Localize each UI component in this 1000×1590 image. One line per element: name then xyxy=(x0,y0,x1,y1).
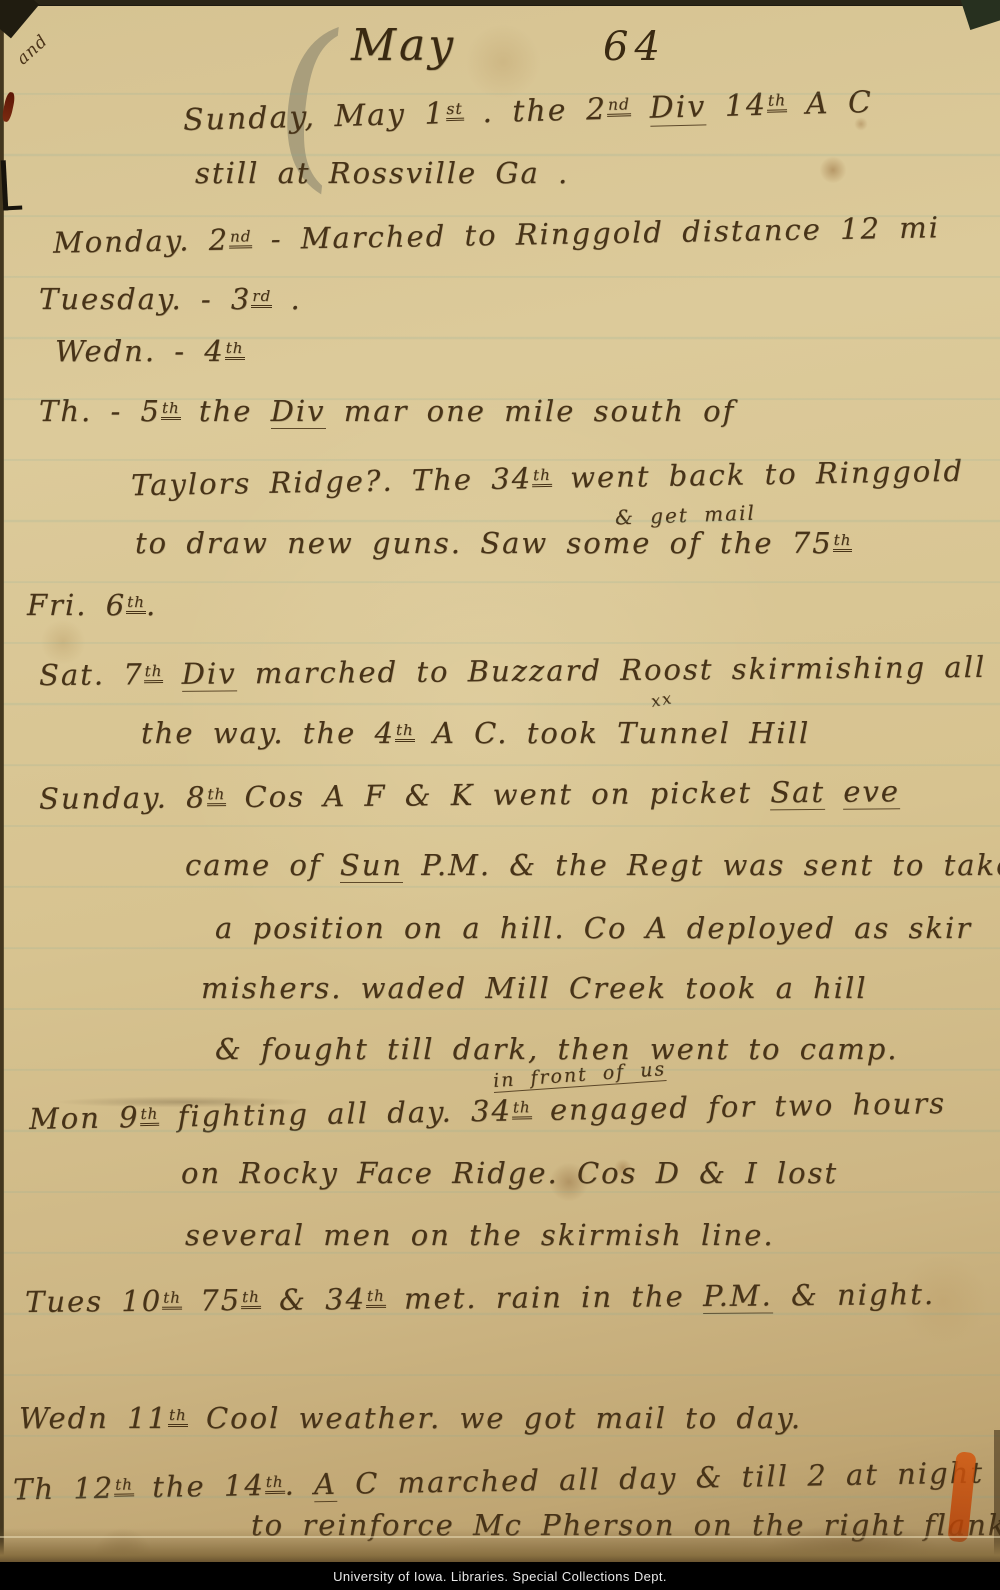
ordinal-suffix: th xyxy=(241,1288,261,1309)
underlined-word: eve xyxy=(843,774,900,809)
entry-may9: Mon 9th fighting all day. 34th engaged f… xyxy=(29,1086,947,1137)
handwriting-segment: came of xyxy=(185,848,340,882)
diary-page-scan: ( and May 64 Sunday, May 1st . the 2nd D… xyxy=(0,0,1000,1590)
handwriting-segment: . the 2 xyxy=(463,92,607,131)
entry-may8: Sunday. 8th Cos A F & K went on picket S… xyxy=(39,774,900,816)
handwriting-segment: & 34 xyxy=(261,1282,366,1317)
ordinal-suffix: th xyxy=(139,1104,159,1125)
handwriting-segment: . xyxy=(284,1467,314,1502)
entry-may11: Wedn 11th Cool weather. we got mail to d… xyxy=(19,1401,802,1436)
ordinal-suffix: th xyxy=(833,531,853,552)
handwriting-segment: Th 12 xyxy=(13,1471,115,1507)
underlined-word: Sat xyxy=(770,775,825,810)
handwriting-segment: xx xyxy=(650,688,675,711)
ordinal-suffix: th xyxy=(265,1472,285,1493)
handwriting-segment: A C. took Tunnel Hill xyxy=(415,716,810,750)
handwriting-segment: marched to Buzzard Roost skirmishing all xyxy=(236,650,986,691)
handwriting-segment: Sat. 7 xyxy=(39,657,144,692)
handwriting-segment: Taylors Ridge?. The 34 xyxy=(131,461,533,502)
handwriting-segment: Cos A F & K went on picket xyxy=(226,775,770,814)
handwriting-segment: fighting all day. 34 xyxy=(159,1094,512,1134)
underlined-word: A xyxy=(314,1467,338,1502)
handwriting-segment: Mon 9 xyxy=(29,1100,140,1136)
handwriting-segment: 14 xyxy=(706,88,768,125)
underlined-word: P.M. xyxy=(703,1278,773,1314)
ordinal-suffix: th xyxy=(206,785,226,806)
handwriting-segment: met. rain in the xyxy=(386,1279,703,1316)
handwriting-segment: C marched all day & till 2 at night xyxy=(337,1456,985,1501)
entry-may6: Fri. 6th. xyxy=(27,588,157,623)
handwriting-segment: & fought till dark, then went to camp. xyxy=(215,1032,899,1066)
ordinal-suffix: nd xyxy=(229,227,253,248)
handwriting-segment: on Rocky Face Ridge. Cos D & I lost xyxy=(181,1156,838,1190)
handwriting-segment: Sunday, May 1 xyxy=(183,96,446,138)
handwriting-segment: Th. - 5 xyxy=(39,394,161,428)
ordinal-suffix: st xyxy=(445,100,464,121)
entry-may5: Th. - 5th the Div mar one mile south of xyxy=(39,394,735,429)
ordinal-suffix: th xyxy=(767,92,788,114)
entry-may4: Wedn. - 4th xyxy=(55,334,245,369)
ordinal-suffix: nd xyxy=(607,96,632,118)
ordinal-suffix: th xyxy=(144,662,164,683)
ordinal-suffix: th xyxy=(126,593,146,614)
handwriting-segment: mar one mile south of xyxy=(326,394,736,428)
handwriting-segment: . xyxy=(146,588,157,622)
entry-may3: Tuesday. - 3rd . xyxy=(39,282,302,317)
entry-may8-cont4: & fought till dark, then went to camp. xyxy=(215,1032,899,1067)
entry-may8-cont: came of Sun P.M. & the Regt was sent to … xyxy=(185,848,1000,883)
entry-may1-cont: still at Rossville Ga . xyxy=(195,156,569,191)
ordinal-suffix: th xyxy=(114,1475,134,1496)
archive-caption-bar: University of Iowa. Libraries. Special C… xyxy=(0,1562,1000,1590)
handwriting-segment: Sunday. 8 xyxy=(39,780,207,815)
ordinal-suffix: th xyxy=(225,339,245,360)
handwriting-segment: Cool weather. we got mail to day. xyxy=(188,1401,802,1435)
entry-may8-cont2: a position on a hill. Co A deployed as s… xyxy=(215,911,972,946)
handwriting-segment: Fri. 6 xyxy=(27,588,126,622)
handwriting-segment xyxy=(631,91,650,126)
handwriting-segment: the way. the 4 xyxy=(141,716,395,750)
underlined-word: Sun xyxy=(340,848,403,883)
ordinal-suffix: th xyxy=(532,466,552,487)
ordinal-suffix: th xyxy=(512,1098,532,1119)
archive-caption: University of Iowa. Libraries. Special C… xyxy=(333,1569,667,1584)
entry-may9-cont: on Rocky Face Ridge. Cos D & I lost xyxy=(181,1156,838,1191)
handwriting-segment: the xyxy=(181,394,271,428)
handwriting-segment: mishers. waded Mill Creek took a hill xyxy=(201,971,868,1005)
handwriting-segment: several men on the skirmish line. xyxy=(185,1218,775,1252)
handwriting-segment: & night. xyxy=(773,1277,936,1312)
ordinal-suffix: th xyxy=(168,1406,188,1427)
underlined-word: Div xyxy=(182,656,237,691)
handwriting-segment: engaged for two hours xyxy=(531,1086,946,1127)
ordinal-suffix: rd xyxy=(251,287,272,308)
handwriting-segment: to draw new guns. Saw some of the 75 xyxy=(135,526,833,560)
ordinal-suffix: th xyxy=(162,1288,182,1309)
entry-may2: Monday. 2nd - Marched to Ringgold distan… xyxy=(53,210,941,260)
black-margin-mark xyxy=(1,160,23,211)
entry-may7-cont: the way. the 4th A C. took Tunnel Hill xyxy=(141,716,810,751)
handwriting-segment: Wedn. - 4 xyxy=(55,334,225,368)
handwriting-segment: P.M. & the Regt was sent to take xyxy=(403,848,1000,882)
ordinal-suffix: th xyxy=(395,721,415,742)
page-number: 64 xyxy=(603,24,666,70)
underlined-word: Div xyxy=(271,394,326,429)
handwriting-segment: - Marched to Ringgold distance 12 mi xyxy=(252,210,940,256)
handwriting-segment: Tuesday. - 3 xyxy=(39,282,251,316)
insertion-mark: xx xyxy=(650,688,675,711)
paper-bottom-edge xyxy=(0,1528,1000,1562)
entry-may5-cont2: to draw new guns. Saw some of the 75th xyxy=(135,526,852,561)
month-header: May xyxy=(351,20,456,71)
entry-may12: Th 12th the 14th. A C marched all day & … xyxy=(13,1456,984,1508)
handwriting-segment: 75 xyxy=(182,1283,241,1318)
entry-may5-cont: Taylors Ridge?. The 34th went back to Ri… xyxy=(131,454,965,503)
entry-may8-cont3: mishers. waded Mill Creek took a hill xyxy=(201,971,868,1006)
handwriting-segment: a position on a hill. Co A deployed as s… xyxy=(215,911,972,945)
ordinal-suffix: th xyxy=(161,399,181,420)
handwriting-segment xyxy=(163,657,182,691)
handwriting-segment: the 14 xyxy=(134,1468,265,1504)
entry-may7: Sat. 7th Div marched to Buzzard Roost sk… xyxy=(39,650,986,693)
handwriting-segment: . xyxy=(272,282,301,316)
corner-note: and xyxy=(13,31,52,69)
handwriting-segment: Monday. 2 xyxy=(53,223,230,260)
handwriting-segment: A C xyxy=(787,85,874,122)
ordinal-suffix: th xyxy=(366,1287,386,1308)
handwriting-segment: Tues 10 xyxy=(25,1284,162,1319)
entry-may9-cont2: several men on the skirmish line. xyxy=(185,1218,775,1253)
scan-edge-left xyxy=(0,0,4,1562)
handwriting-segment xyxy=(825,775,844,809)
entry-may10: Tues 10th 75th & 34th met. rain in the P… xyxy=(25,1277,935,1320)
diary-paper: ( and May 64 Sunday, May 1st . the 2nd D… xyxy=(3,6,1000,1562)
underlined-word: Div xyxy=(649,89,707,126)
scan-edge-top xyxy=(0,0,1000,5)
handwriting-segment: still at Rossville Ga . xyxy=(195,156,569,190)
handwriting-segment: Wedn 11 xyxy=(19,1401,168,1435)
handwriting-segment: went back to Ringgold xyxy=(552,454,965,495)
